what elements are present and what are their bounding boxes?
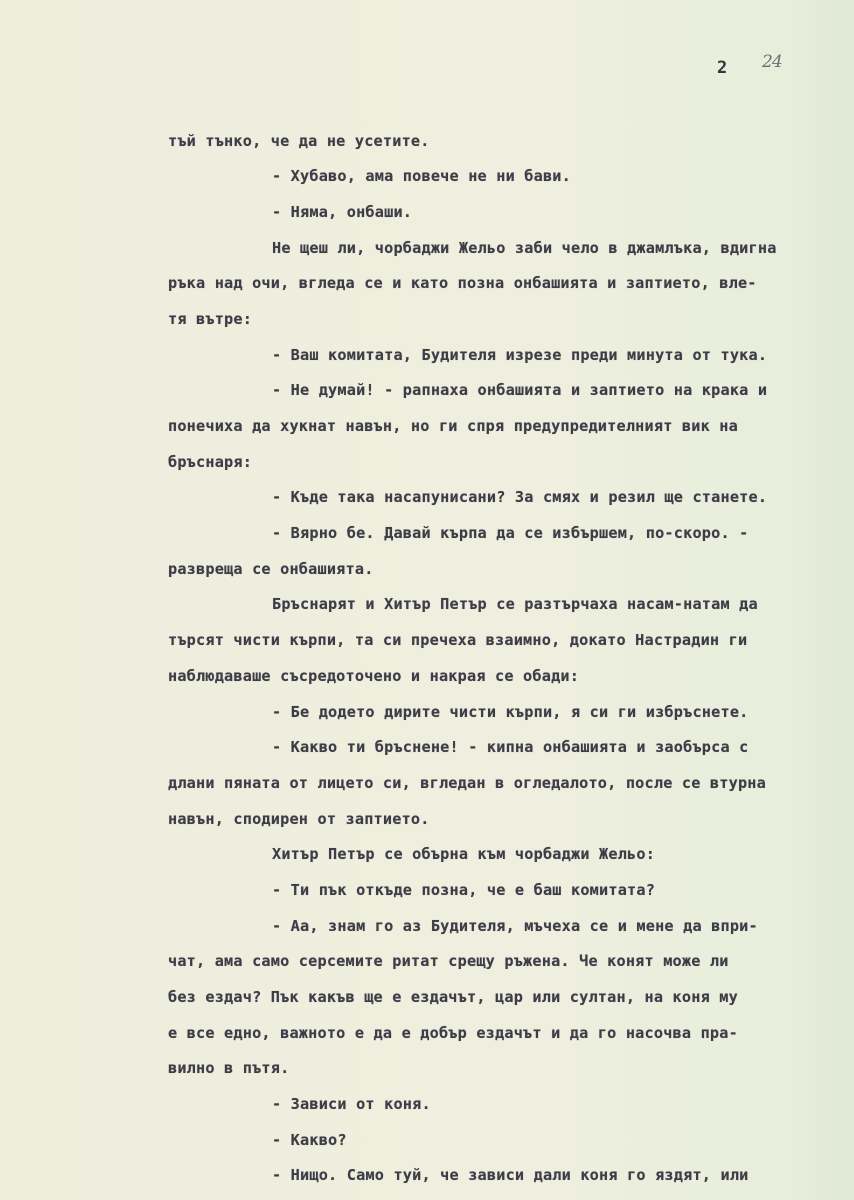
text-line: развреща се онбашията. [168, 560, 374, 578]
text-line: търсят чисти кърпи, та си пречеха взаимн… [168, 631, 747, 649]
text-line: е все едно, важното е да е добър ездачът… [168, 1024, 738, 1042]
text-line: Бръснарят и Хитър Петър се разтърчаха на… [272, 595, 758, 613]
dialogue-line: - Бе додето дирите чисти кърпи, я си ги … [272, 703, 749, 721]
dialogue-line: - Ваш комитата, Будителя изрезе преди ми… [272, 346, 767, 364]
dialogue-line: - Няма, онбаши. [272, 203, 412, 221]
text-line: длани пяната от лицето си, вгледан в огл… [168, 774, 766, 792]
dialogue-line: - Вярно бе. Давай кърпа да се избършем, … [272, 524, 749, 542]
dialogue-line: - Какво? [272, 1131, 347, 1149]
text-line: понечиха да хукнат навън, но ги спря пре… [168, 417, 738, 435]
handwritten-archive-number: 24 [762, 52, 782, 72]
dialogue-line: - Хубаво, ама повече не ни бави. [272, 167, 571, 185]
dialogue-line: - Нищо. Само туй, че зависи дали коня го… [272, 1166, 749, 1184]
dialogue-line: - Не думай! - рапнаха онбашията и заптие… [272, 381, 767, 399]
typewritten-page: 2 24 тъй тънко, че да не усетите.- Хубав… [0, 0, 854, 1200]
dialogue-line: - Ти пък откъде позна, че е баш комитата… [272, 881, 655, 899]
text-line: тя вътре: [168, 310, 252, 328]
page-number: 2 [717, 58, 727, 78]
dialogue-line: - Аа, знам го аз Будителя, мъчеха се и м… [272, 917, 758, 935]
dialogue-line: - Зависи от коня. [272, 1095, 431, 1113]
text-line: Не щеш ли, чорбаджи Жельо заби чело в дж… [272, 239, 777, 257]
text-line: тъй тънко, че да не усетите. [168, 132, 430, 150]
text-line: Хитър Петър се обърна към чорбаджи Жельо… [272, 845, 655, 863]
text-line: вилно в пътя. [168, 1059, 289, 1077]
text-line: чат, ама само серсемите ритат срещу ръже… [168, 952, 729, 970]
text-line: ръка над очи, вгледа се и като позна онб… [168, 274, 757, 292]
text-line: наблюдаваше съсредоточено и накрая се об… [168, 667, 579, 685]
text-line: без ездач? Пък какъв ще е ездачът, цар и… [168, 988, 738, 1006]
text-line: навън, сподирен от заптието. [168, 810, 430, 828]
dialogue-line: - Какво ти бръснене! - кипна онбашията и… [272, 738, 749, 756]
dialogue-line: - Къде така насапунисани? За смях и рези… [272, 488, 767, 506]
text-line: бръснаря: [168, 453, 252, 471]
